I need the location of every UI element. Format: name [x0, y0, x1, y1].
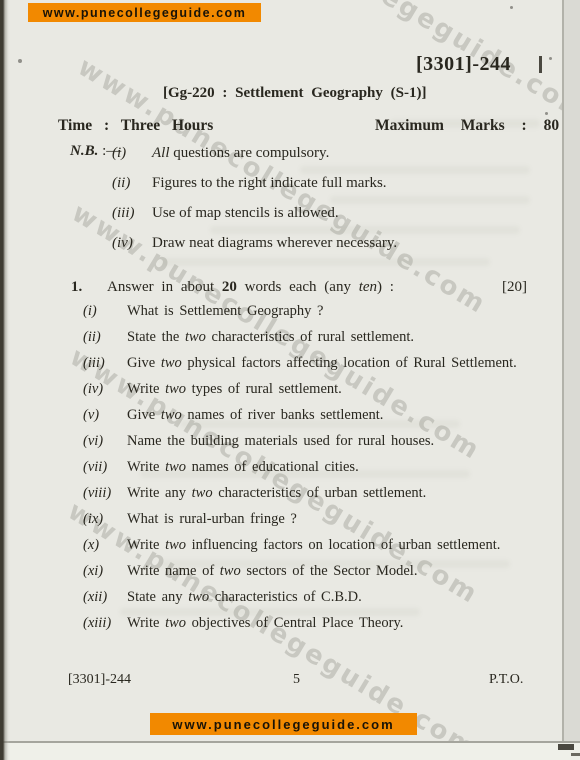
nb-label-main: N.B.: [70, 143, 98, 159]
text-fragment: two: [185, 329, 206, 345]
item-numeral: (ii): [83, 324, 127, 350]
text-fragment: two: [220, 563, 241, 579]
text-fragment: names of river banks settlement.: [182, 407, 384, 423]
scan-artifact-mark: [571, 753, 580, 756]
text-fragment: Name the building materials used for rur…: [127, 433, 434, 449]
text-fragment: types of rural settlement.: [186, 381, 342, 397]
item-text: Write two objectives of Central Place Th…: [127, 615, 403, 631]
footer-pto: P.T.O.: [489, 671, 523, 689]
sub-question: (iii)Give two physical factors affecting…: [83, 350, 548, 376]
text-fragment: Draw neat diagrams wherever necessary.: [152, 235, 397, 251]
text-fragment: Figures to the right indicate full marks…: [152, 175, 387, 191]
item-text: State the two characteristics of rural s…: [127, 329, 414, 345]
item-text: What is Settlement Geography ?: [127, 303, 323, 319]
text-fragment: questions are compulsory.: [170, 145, 330, 161]
nb-instruction: (iv)Draw neat diagrams wherever necessar…: [112, 233, 552, 253]
paper-bottom-edge: [0, 741, 580, 743]
scan-speck: [545, 112, 548, 115]
sub-question: (xi)Write name of two sectors of the Sec…: [83, 558, 548, 584]
text-fragment: Write: [127, 381, 165, 397]
text-fragment: characteristics of rural settlement.: [206, 329, 414, 345]
item-numeral: (i): [112, 143, 152, 163]
paper-right-edge: [562, 0, 564, 760]
text-fragment: Answer in about: [107, 279, 222, 295]
text-fragment: characteristics of urban settlement.: [213, 485, 427, 501]
text-fragment: Give: [127, 355, 161, 371]
item-numeral: (xiii): [83, 610, 127, 636]
item-text: Use of map stencils is allowed.: [152, 205, 339, 221]
item-text: Give two physical factors affecting loca…: [127, 350, 527, 376]
item-numeral: (x): [83, 532, 127, 558]
site-banner-top-text: www.punecollegeguide.com: [43, 6, 247, 20]
sub-question: (vi)Name the building materials used for…: [83, 428, 548, 454]
text-fragment: What is Settlement Geography ?: [127, 303, 323, 319]
text-fragment: ) :: [377, 279, 394, 295]
text-fragment: two: [192, 485, 213, 501]
nb-instruction: (iii)Use of map stencils is allowed.: [112, 203, 552, 223]
item-numeral: (ix): [83, 506, 127, 532]
text-fragment: Write any: [127, 485, 192, 501]
text-fragment: two: [161, 407, 182, 423]
sub-question: (viii)Write any two characteristics of u…: [83, 480, 548, 506]
paper-code: [3301]-244: [416, 53, 511, 76]
exam-time: Time : Three Hours: [58, 117, 213, 135]
item-text: Write two types of rural settlement.: [127, 381, 342, 397]
item-text: Give two names of river banks settlement…: [127, 407, 383, 423]
sub-question: (ii)State the two characteristics of rur…: [83, 324, 548, 350]
sub-question-list: (i)What is Settlement Geography ?(ii)Sta…: [83, 298, 548, 636]
item-numeral: (xi): [83, 558, 127, 584]
sub-question: (vii)Write two names of educational citi…: [83, 454, 548, 480]
text-fragment: Write: [127, 459, 165, 475]
text-fragment: State the: [127, 329, 185, 345]
paper-left-edge: [0, 0, 10, 760]
text-fragment: words each (any: [237, 279, 359, 295]
text-fragment: What is rural-urban fringe ?: [127, 511, 297, 527]
scan-speck: [549, 57, 552, 60]
sub-question: (i)What is Settlement Geography ?: [83, 298, 548, 324]
text-fragment: two: [165, 381, 186, 397]
sub-question: (xii)State any two characteristics of C.…: [83, 584, 548, 610]
text-fragment: All: [152, 145, 170, 161]
scan-bottom-border: [0, 743, 580, 760]
item-numeral: (iii): [83, 350, 127, 376]
item-numeral: (viii): [83, 480, 127, 506]
item-numeral: (v): [83, 402, 127, 428]
item-text: Write name of two sectors of the Sector …: [127, 563, 417, 579]
scan-artifact-mark: [558, 744, 574, 750]
item-numeral: (iii): [112, 203, 152, 223]
item-text: Write two names of educational cities.: [127, 459, 359, 475]
question-text: Answer in about 20 words each (any ten) …: [107, 277, 394, 297]
site-banner-top: www.punecollegeguide.com: [28, 3, 261, 22]
nb-instructions-list: (i)All questions are compulsory.(ii)Figu…: [112, 143, 552, 263]
scanned-exam-page: www.punecollegeguide.comwww.punecollegeg…: [0, 0, 580, 760]
text-fragment: two: [165, 537, 186, 553]
footer-paper-code: [3301]-244: [68, 671, 131, 689]
item-numeral: (vi): [83, 428, 127, 454]
text-fragment: two: [165, 459, 186, 475]
item-numeral: (vii): [83, 454, 127, 480]
nb-instruction: (ii)Figures to the right indicate full m…: [112, 173, 552, 193]
scan-speck: [510, 6, 513, 9]
text-fragment: two: [165, 615, 186, 631]
footer-page-number: 5: [293, 671, 300, 689]
sub-question: (v)Give two names of river banks settlem…: [83, 402, 548, 428]
text-fragment: sectors of the Sector Model.: [241, 563, 418, 579]
site-banner-bottom-text: www.punecollegeguide.com: [172, 717, 394, 732]
item-text: All questions are compulsory.: [152, 145, 329, 161]
text-fragment: influencing factors on location of urban…: [186, 537, 500, 553]
text-fragment: State any: [127, 589, 188, 605]
item-numeral: (ii): [112, 173, 152, 193]
item-text: Draw neat diagrams wherever necessary.: [152, 235, 397, 251]
question-number: 1.: [71, 277, 82, 297]
site-banner-bottom: www.punecollegeguide.com: [150, 713, 417, 735]
sub-question: (ix)What is rural-urban fringe ?: [83, 506, 548, 532]
sub-question: (x)Write two influencing factors on loca…: [83, 532, 548, 558]
item-text: What is rural-urban fringe ?: [127, 511, 297, 527]
text-fragment: names of educational cities.: [186, 459, 359, 475]
text-fragment: physical factors affecting location of R…: [182, 355, 517, 371]
item-text: Write any two characteristics of urban s…: [127, 485, 426, 501]
scan-right-border: [564, 0, 580, 760]
item-text: State any two characteristics of C.B.D.: [127, 589, 362, 605]
sub-question: (xiii)Write two objectives of Central Pl…: [83, 610, 548, 636]
punch-hole-speck: [18, 59, 22, 63]
item-numeral: (xii): [83, 584, 127, 610]
text-fragment: characteristics of C.B.D.: [209, 589, 362, 605]
item-text: Figures to the right indicate full marks…: [152, 175, 387, 191]
text-fragment: Write name of: [127, 563, 220, 579]
text-fragment: Use of map stencils is allowed.: [152, 205, 339, 221]
stray-scan-mark: [539, 56, 542, 73]
text-fragment: 20: [222, 279, 237, 295]
text-fragment: Write: [127, 537, 165, 553]
nb-instruction: (i)All questions are compulsory.: [112, 143, 552, 163]
text-fragment: objectives of Central Place Theory.: [186, 615, 403, 631]
item-text: Write two influencing factors on locatio…: [127, 537, 500, 553]
text-fragment: Write: [127, 615, 165, 631]
text-fragment: two: [161, 355, 182, 371]
text-fragment: ten: [359, 279, 377, 295]
sub-question: (iv)Write two types of rural settlement.: [83, 376, 548, 402]
item-numeral: (i): [83, 298, 127, 324]
item-text: Name the building materials used for rur…: [127, 433, 434, 449]
item-numeral: (iv): [83, 376, 127, 402]
exam-title: [Gg-220 : Settlement Geography (S-1)]: [163, 85, 426, 102]
item-numeral: (iv): [112, 233, 152, 253]
text-fragment: Give: [127, 407, 161, 423]
question-marks: [20]: [502, 277, 527, 297]
text-fragment: two: [188, 589, 209, 605]
max-marks: Maximum Marks : 80: [375, 117, 559, 135]
